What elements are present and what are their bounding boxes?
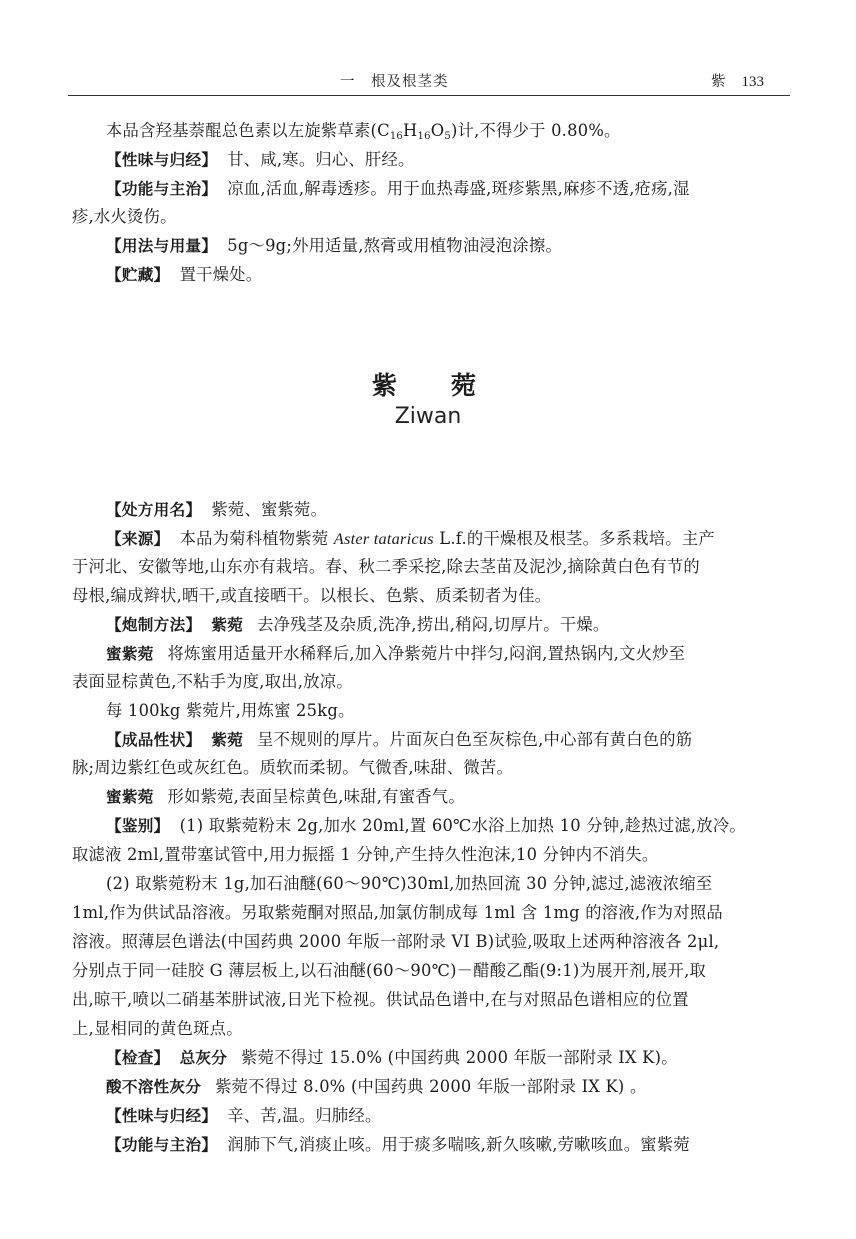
text: 将炼蜜用适量开水稀释后,加入净紫菀片中拌匀,闷润,置热锅内,文火炒至 [168, 644, 686, 663]
source-line-cont: 母根,编成辫状,晒干,或直接晒干。以根长、色紫、质柔韧者为佳。 [72, 586, 551, 606]
entry-title: 紫菀 [372, 366, 476, 402]
text: 5g～9g;外用适量,熬膏或用植物油浸泡涂擦。 [227, 236, 562, 255]
item-name: 酸不溶性灰分 [106, 1078, 201, 1096]
identification-p2-cont: 出,晾干,喷以二硝基苯肼试液,日光下检视。供试品色谱中,在与对照品色谱相应的位置 [72, 990, 689, 1010]
processing-line: 【炮制方法】紫菀去净残茎及杂质,洗净,捞出,稍闷,切厚片。干燥。 [106, 615, 609, 635]
page-header-right: 紫133 [711, 70, 764, 91]
storage-line: 【贮藏】置干燥处。 [106, 265, 262, 285]
section-label: 【检查】 [106, 1049, 170, 1067]
traits-line-cont: 脉;周边紫红色或灰红色。质软而柔韧。气微香,味甜、微苦。 [72, 758, 513, 778]
text: 紫菀、蜜紫菀。 [211, 500, 327, 519]
usage-line: 【用法与用量】5g～9g;外用适量,熬膏或用植物油浸泡涂擦。 [106, 236, 562, 256]
latin-name: Aster tataricus [334, 529, 434, 548]
text: O [431, 121, 445, 140]
inspection-line: 【检查】总灰分紫菀不得过 15.0% (中国药典 2000 年版一部附录 IX … [106, 1048, 678, 1068]
text: H [403, 121, 417, 140]
function-line: 【功能与主治】凉血,活血,解毒透疹。用于血热毒盛,斑疹紫黑,麻疹不透,疮疡,湿 [106, 179, 690, 199]
text: 形如紫菀,表面呈棕黄色,味甜,有蜜香气。 [168, 787, 465, 806]
text: 紫菀不得过 15.0% (中国药典 2000 年版一部附录 IX K)。 [241, 1048, 678, 1067]
entry-pinyin: Ziwan [0, 404, 856, 429]
book-page: 一 根及根茎类 紫133 本品含羟基萘醌总色素以左旋紫草素(C16H16O5)计… [0, 0, 856, 1239]
identification-line-cont: 取滤液 2ml,置带塞试管中,用力振摇 1 分钟,产生持久性泡沫,10 分钟内不… [72, 845, 658, 865]
content-line: 本品含羟基萘醌总色素以左旋紫草素(C16H16O5)计,不得少于 0.80%。 [106, 121, 621, 147]
inspection-acid-line: 酸不溶性灰分紫菀不得过 8.0% (中国药典 2000 年版一部附录 IX K)… [106, 1077, 647, 1097]
running-head: 一 根及根茎类 紫133 [0, 68, 856, 92]
section-char: 紫 [711, 74, 726, 90]
text: 本品为菊科植物紫菀 [180, 529, 334, 548]
item-name: 总灰分 [180, 1049, 228, 1067]
section-label: 【炮制方法】 [106, 616, 201, 634]
function-line-cont: 疹,水火烫伤。 [72, 207, 177, 227]
text: 辛、苦,温。归肺经。 [227, 1106, 381, 1125]
source-line-cont: 于河北、安徽等地,山东亦有栽培。春、秋二季采挖,除去茎苗及泥沙,摘除黄白色有节的 [72, 557, 700, 577]
identification-line: 【鉴别】(1) 取紫菀粉末 2g,加水 20ml,置 60℃水浴上加热 10 分… [106, 816, 746, 836]
identification-p2-cont: 分别点于同一硅胶 G 薄层板上,以石油醚(60～90℃)－醋酸乙酯(9:1)为展… [72, 961, 706, 981]
section-label: 【来源】 [106, 530, 170, 548]
identification-p2-cont: 1ml,作为供试品溶液。另取紫菀酮对照品,加氯仿制成每 1ml 含 1mg 的溶… [72, 903, 723, 923]
item-name: 紫菀 [211, 616, 243, 634]
nature-line: 【性味与归经】甘、咸,寒。归心、肝经。 [106, 150, 415, 170]
section-label: 【处方用名】 [106, 501, 201, 519]
header-rule [68, 95, 790, 96]
identification-p2-line: (2) 取紫菀粉末 1g,加石油醚(60～90℃)30ml,加热回流 30 分钟… [106, 874, 712, 894]
nature-line: 【性味与归经】辛、苦,温。归肺经。 [106, 1106, 381, 1126]
section-label: 【贮藏】 [106, 266, 170, 284]
section-label: 【功能与主治】 [106, 180, 217, 198]
text: 去净残茎及杂质,洗净,捞出,稍闷,切厚片。干燥。 [257, 615, 609, 634]
identification-p2-cont: 上,显相同的黄色斑点。 [72, 1019, 243, 1039]
section-label: 【鉴别】 [106, 817, 170, 835]
identification-p2-cont: 溶液。照薄层色谱法(中国药典 2000 年版一部附录 VI B)试验,吸取上述两… [72, 932, 719, 952]
text: 本品含羟基萘醌总色素以左旋紫草素(C [106, 121, 390, 140]
chapter-title: 一 根及根茎类 [340, 70, 449, 91]
text: 润肺下气,消痰止咳。用于痰多喘咳,新久咳嗽,劳嗽咳血。蜜紫菀 [227, 1135, 690, 1154]
item-name: 蜜紫菀 [106, 645, 154, 663]
subscript: 5 [444, 131, 451, 142]
title-char: 紫 [372, 371, 397, 400]
section-label: 【功能与主治】 [106, 1136, 217, 1154]
section-label: 【性味与归经】 [106, 151, 217, 169]
processing-honey-line: 蜜紫菀将炼蜜用适量开水稀释后,加入净紫菀片中拌匀,闷润,置热锅内,文火炒至 [106, 644, 685, 664]
text: 甘、咸,寒。归心、肝经。 [227, 150, 414, 169]
section-label: 【成品性状】 [106, 731, 201, 749]
text: 紫菀不得过 8.0% (中国药典 2000 年版一部附录 IX K) 。 [215, 1077, 646, 1096]
text: )计,不得少于 0.80%。 [451, 121, 621, 140]
processing-honey-cont: 表面显棕黄色,不粘手为度,取出,放凉。 [72, 672, 353, 692]
traits-honey-line: 蜜紫菀形如紫菀,表面呈棕黄色,味甜,有蜜香气。 [106, 787, 465, 807]
text: 呈不规则的厚片。片面灰白色至灰棕色,中心部有黄白色的筋 [257, 730, 692, 749]
text: (1) 取紫菀粉末 2g,加水 20ml,置 60℃水浴上加热 10 分钟,趁热… [180, 816, 746, 835]
section-label: 【性味与归经】 [106, 1107, 217, 1125]
title-char: 菀 [451, 371, 476, 400]
prescription-names-line: 【处方用名】紫菀、蜜紫菀。 [106, 500, 327, 520]
text: 凉血,活血,解毒透疹。用于血热毒盛,斑疹紫黑,麻疹不透,疮疡,湿 [227, 179, 689, 198]
source-line: 【来源】本品为菊科植物紫菀 Aster tataricus L.f.的干燥根及根… [106, 529, 715, 549]
section-label: 【用法与用量】 [106, 237, 217, 255]
subscript: 16 [390, 131, 403, 142]
traits-line: 【成品性状】紫菀呈不规则的厚片。片面灰白色至灰棕色,中心部有黄白色的筋 [106, 730, 692, 750]
function-line: 【功能与主治】润肺下气,消痰止咳。用于痰多喘咳,新久咳嗽,劳嗽咳血。蜜紫菀 [106, 1135, 690, 1155]
page-number: 133 [742, 74, 765, 90]
item-name: 紫菀 [211, 731, 243, 749]
text: 置干燥处。 [180, 265, 263, 284]
subscript: 16 [418, 131, 431, 142]
processing-ratio: 每 100kg 紫菀片,用炼蜜 25kg。 [106, 701, 355, 721]
item-name: 蜜紫菀 [106, 788, 154, 806]
text: L.f.的干燥根及根茎。多系栽培。主产 [434, 529, 715, 548]
